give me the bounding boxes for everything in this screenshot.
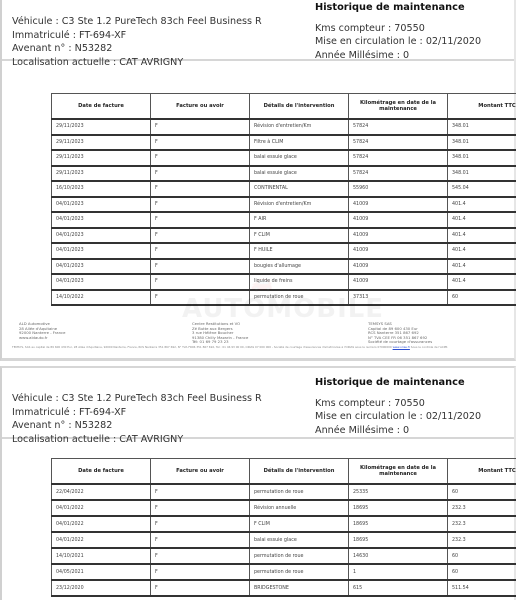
cell-invoice-type: F — [151, 228, 250, 244]
vehicle-model: Véhicule : C3 Ste 1.2 PureTech 83ch Feel… — [12, 15, 262, 29]
cell-intervention-details: Révision annuelle — [250, 500, 349, 516]
cell-amount-ttc: 60 — [448, 290, 516, 306]
orias-link[interactable]: www.orias.fr — [393, 346, 410, 349]
cell-intervention-details: Révision d'entretien/Km — [250, 197, 349, 213]
cell-mileage: 1 — [349, 564, 448, 580]
cell-mileage: 18695 — [349, 500, 448, 516]
page-title: Historique de maintenance — [315, 1, 481, 15]
table-row: 29/11/2023Fbalai essuie glace57824348.01 — [52, 150, 516, 166]
cell-invoice-type: F — [151, 564, 250, 580]
cell-invoice-date: 29/11/2023 — [52, 166, 151, 182]
cell-invoice-date: 14/10/2022 — [52, 290, 151, 306]
cell-mileage: 25335 — [349, 484, 448, 500]
cell-intervention-details: F HUILE — [250, 243, 349, 259]
cell-invoice-date: 29/11/2023 — [52, 150, 151, 166]
cell-mileage: 41009 — [349, 212, 448, 228]
cell-invoice-type: F — [151, 181, 250, 197]
table-row: 29/11/2023FRévision d'entretien/Km578243… — [52, 119, 516, 135]
table-row: 29/11/2023FFiltre à CLIM57824348.01 — [52, 135, 516, 151]
cell-amount-ttc: 232.3 — [448, 532, 516, 548]
cell-invoice-date: 22/04/2022 — [52, 484, 151, 500]
table-row: 23/12/2020FBRIDGESTONE615511.54 — [52, 580, 516, 596]
maintenance-info: Historique de maintenance Kms compteur :… — [315, 376, 481, 437]
vehicle-plate: Immatriculé : FT-694-XF — [12, 29, 262, 43]
odometer: Kms compteur : 70550 — [315, 397, 481, 411]
table-row: 14/10/2021Fpermutation de roue1463060 — [52, 548, 516, 564]
table-row: 29/11/2023Fbalai essuie glace57824348.01 — [52, 166, 516, 182]
column-header-amount-ttc: Montant TTC — [448, 459, 516, 485]
cell-invoice-date: 29/11/2023 — [52, 119, 151, 135]
footer-line: Tél: 01 69 79 23 23 — [192, 340, 248, 345]
column-header-intervention-details: Détails de l'intervention — [250, 459, 349, 485]
cell-mileage: 18695 — [349, 532, 448, 548]
vehicle-model: Véhicule : C3 Ste 1.2 PureTech 83ch Feel… — [12, 392, 262, 406]
cell-amount-ttc: 60 — [448, 564, 516, 580]
cell-amount-ttc: 348.01 — [448, 150, 516, 166]
table-row: 16/10/2023FCONTINENTAL55960545.04 — [52, 181, 516, 197]
page-footer: ALD Automotive28 Allée d'Aquitaine92000 … — [2, 318, 514, 354]
cell-amount-ttc: 545.04 — [448, 181, 516, 197]
footer-legal-notice: TEMSYS, SAS au capital de 89 600 430 Eur… — [12, 346, 510, 350]
cell-amount-ttc: 401.4 — [448, 212, 516, 228]
cell-intervention-details: F CLIM — [250, 516, 349, 532]
cell-mileage: 57824 — [349, 150, 448, 166]
footer-line: www.aldauto.fr — [19, 336, 65, 341]
table-row: 04/01/2022Fbalai essuie glace18695232.3 — [52, 532, 516, 548]
cell-amount-ttc: 401.4 — [448, 274, 516, 290]
cell-invoice-type: F — [151, 119, 250, 135]
cell-intervention-details: F AIR — [250, 212, 349, 228]
cell-invoice-date: 04/05/2021 — [52, 564, 151, 580]
maintenance-info: Historique de maintenance Kms compteur :… — [315, 1, 481, 62]
cell-invoice-type: F — [151, 135, 250, 151]
cell-mileage: 55960 — [349, 181, 448, 197]
maintenance-page-1: Véhicule : C3 Ste 1.2 PureTech 83ch Feel… — [0, 0, 516, 361]
cell-invoice-date: 04/01/2023 — [52, 212, 151, 228]
cell-amount-ttc: 348.01 — [448, 166, 516, 182]
vehicle-info: Véhicule : C3 Ste 1.2 PureTech 83ch Feel… — [12, 392, 262, 446]
column-header-invoice-type: Facture ou avoir — [151, 94, 250, 120]
footer-legal-entity: TEMSYS SASCapital de 89 600 430 EurRCS N… — [368, 322, 432, 345]
cell-invoice-date: 04/01/2023 — [52, 197, 151, 213]
cell-mileage: 14630 — [349, 548, 448, 564]
cell-intervention-details: F CLIM — [250, 228, 349, 244]
cell-invoice-type: F — [151, 548, 250, 564]
footer-line: Société de courtage d'assurances — [368, 340, 432, 345]
column-header-mileage: Kilométrage en date de la maintenance — [349, 459, 448, 485]
cell-mileage: 41009 — [349, 274, 448, 290]
cell-amount-ttc: 60 — [448, 548, 516, 564]
cell-invoice-date: 16/10/2023 — [52, 181, 151, 197]
page-title: Historique de maintenance — [315, 376, 481, 390]
cell-intervention-details: CONTINENTAL — [250, 181, 349, 197]
table-row: 04/01/2023FF AIR41009401.4 — [52, 212, 516, 228]
column-header-invoice-date: Date de facture — [52, 94, 151, 120]
cell-amount-ttc: 348.01 — [448, 135, 516, 151]
table-row: 04/05/2021Fpermutation de roue160 — [52, 564, 516, 580]
cell-invoice-type: F — [151, 532, 250, 548]
cell-mileage: 57824 — [349, 135, 448, 151]
column-header-invoice-date: Date de facture — [52, 459, 151, 485]
cell-intervention-details: BRIDGESTONE — [250, 580, 349, 596]
cell-amount-ttc: 232.3 — [448, 500, 516, 516]
cell-invoice-date: 04/01/2023 — [52, 274, 151, 290]
cell-invoice-type: F — [151, 150, 250, 166]
vehicle-location: Localisation actuelle : CAT AVRIGNY — [12, 56, 262, 70]
vehicle-amendment: Avenant n° : N53282 — [12, 42, 262, 56]
cell-amount-ttc: 401.4 — [448, 197, 516, 213]
footer-return-center: Centre Restitutions et VOZé Butte aux Be… — [192, 322, 248, 345]
cell-invoice-type: F — [151, 212, 250, 228]
cell-amount-ttc: 232.3 — [448, 516, 516, 532]
vehicle-plate: Immatriculé : FT-694-XF — [12, 406, 262, 420]
registration-date: Mise en circulation le : 02/11/2020 — [315, 410, 481, 424]
table-row: 04/01/2022FRévision annuelle18695232.3 — [52, 500, 516, 516]
cell-mileage: 41009 — [349, 228, 448, 244]
cell-mileage: 41009 — [349, 243, 448, 259]
cell-invoice-date: 04/01/2023 — [52, 228, 151, 244]
cell-mileage: 57824 — [349, 119, 448, 135]
footer-company-address: ALD Automotive28 Allée d'Aquitaine92000 … — [19, 322, 65, 340]
table-row: 04/01/2022FF CLIM18695232.3 — [52, 516, 516, 532]
table-row: 04/01/2023FF CLIM41009401.4 — [52, 228, 516, 244]
column-header-invoice-type: Facture ou avoir — [151, 459, 250, 485]
cell-amount-ttc: 60 — [448, 484, 516, 500]
cell-invoice-type: F — [151, 166, 250, 182]
cell-mileage: 41009 — [349, 197, 448, 213]
cell-invoice-date: 04/01/2022 — [52, 516, 151, 532]
cell-invoice-type: F — [151, 243, 250, 259]
odometer: Kms compteur : 70550 — [315, 22, 481, 36]
column-header-amount-ttc: Montant TTC — [448, 94, 516, 120]
cell-intervention-details: permutation de roue — [250, 564, 349, 580]
watermark-car-icon: 🚗 — [207, 272, 317, 294]
maintenance-page-2: Véhicule : C3 Ste 1.2 PureTech 83ch Feel… — [0, 366, 516, 600]
table-row: 04/01/2023FRévision d'entretien/Km410094… — [52, 197, 516, 213]
cell-invoice-type: F — [151, 197, 250, 213]
cell-intervention-details: Révision d'entretien/Km — [250, 119, 349, 135]
cell-invoice-type: F — [151, 500, 250, 516]
cell-invoice-type: F — [151, 516, 250, 532]
cell-amount-ttc: 401.4 — [448, 243, 516, 259]
table-header-row: Date de factureFacture ou avoirDétails d… — [52, 94, 516, 120]
cell-intervention-details: balai essuie glace — [250, 150, 349, 166]
cell-intervention-details: permutation de roue — [250, 548, 349, 564]
cell-invoice-date: 04/01/2022 — [52, 532, 151, 548]
vehicle-location: Localisation actuelle : CAT AVRIGNY — [12, 433, 262, 447]
cell-amount-ttc: 401.4 — [448, 259, 516, 275]
model-year: Année Millésime : 0 — [315, 49, 481, 63]
table-header-row: Date de factureFacture ou avoirDétails d… — [52, 459, 516, 485]
column-header-mileage: Kilométrage en date de la maintenance — [349, 94, 448, 120]
cell-invoice-type: F — [151, 484, 250, 500]
cell-invoice-date: 23/12/2020 — [52, 580, 151, 596]
cell-mileage: 57824 — [349, 166, 448, 182]
maintenance-table: Date de factureFacture ou avoirDétails d… — [51, 458, 516, 597]
cell-intervention-details: balai essuie glace — [250, 166, 349, 182]
cell-amount-ttc: 511.54 — [448, 580, 516, 596]
cell-invoice-type: F — [151, 580, 250, 596]
table-row: 22/04/2022Fpermutation de roue2533560 — [52, 484, 516, 500]
page-header: Véhicule : C3 Ste 1.2 PureTech 83ch Feel… — [2, 368, 514, 439]
page-header: Véhicule : C3 Ste 1.2 PureTech 83ch Feel… — [2, 0, 514, 61]
cell-intervention-details: balai essuie glace — [250, 532, 349, 548]
cell-mileage: 615 — [349, 580, 448, 596]
cell-invoice-date: 04/01/2023 — [52, 259, 151, 275]
column-header-intervention-details: Détails de l'intervention — [250, 94, 349, 120]
cell-amount-ttc: 401.4 — [448, 228, 516, 244]
cell-intervention-details: permutation de roue — [250, 484, 349, 500]
cell-invoice-date: 04/01/2023 — [52, 243, 151, 259]
model-year: Année Millésime : 0 — [315, 424, 481, 438]
cell-amount-ttc: 348.01 — [448, 119, 516, 135]
vehicle-info: Véhicule : C3 Ste 1.2 PureTech 83ch Feel… — [12, 15, 262, 69]
cell-intervention-details: Filtre à CLIM — [250, 135, 349, 151]
cell-mileage: 41009 — [349, 259, 448, 275]
cell-invoice-date: 14/10/2021 — [52, 548, 151, 564]
cell-invoice-date: 04/01/2022 — [52, 500, 151, 516]
vehicle-amendment: Avenant n° : N53282 — [12, 419, 262, 433]
cell-invoice-date: 29/11/2023 — [52, 135, 151, 151]
registration-date: Mise en circulation le : 02/11/2020 — [315, 35, 481, 49]
cell-mileage: 18695 — [349, 516, 448, 532]
table-row: 04/01/2023FF HUILE41009401.4 — [52, 243, 516, 259]
